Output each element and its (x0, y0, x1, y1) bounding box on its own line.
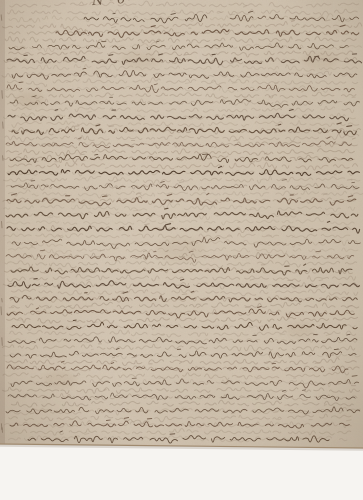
paper-sheet (0, 0, 363, 449)
scanned-letter: N° 6 (0, 0, 363, 500)
letter-scan-svg (0, 0, 363, 500)
